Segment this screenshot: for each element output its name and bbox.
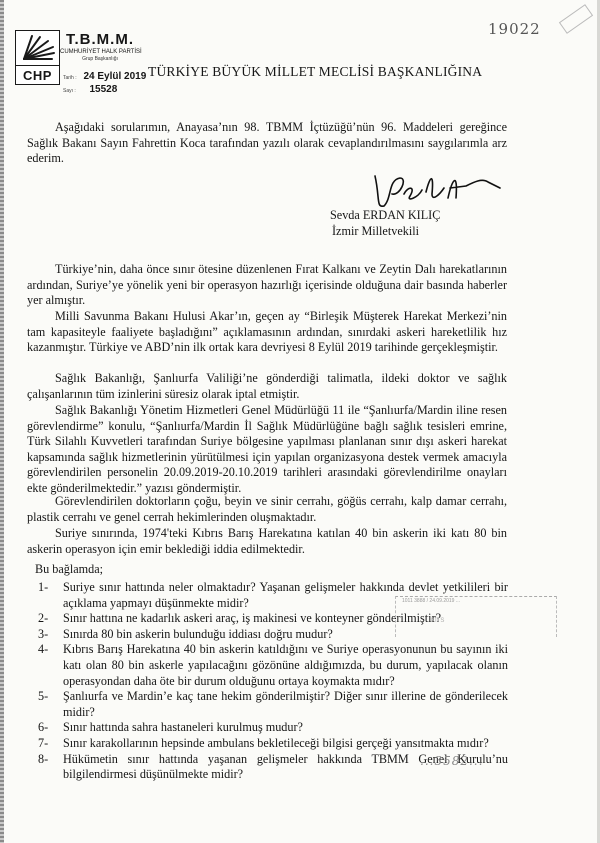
handwritten-note: ...3582... (420, 754, 483, 768)
body-paragraph-text: Türkiye’nin, daha önce sınır ötesine düz… (27, 262, 507, 307)
body-paragraph-text: Görevlendirilen doktorların çoğu, beyin … (27, 494, 507, 524)
body-paragraph: Milli Savunma Bakanı Hulusi Akar’ın, geç… (27, 309, 507, 356)
party-name: CUMHURİYET HALK PARTİSİ (60, 48, 140, 56)
six-arrows-icon (16, 31, 59, 66)
body-paragraph-text: Milli Savunma Bakanı Hulusi Akar’ın, geç… (27, 309, 507, 354)
question-number: 1- (38, 580, 63, 611)
body-paragraph-text: Suriye sınırında, 1974'teki Kıbrıs Barış… (27, 526, 507, 556)
signer-name: Sevda ERDAN KILIÇ (330, 208, 440, 224)
body-paragraph: Görevlendirilen doktorların çoğu, beyin … (27, 494, 507, 525)
number-value: 15528 (89, 84, 117, 95)
question-text: Sınır karakollarının hepsinde ambulans b… (63, 736, 508, 752)
question-text: Kıbrıs Barış Harekatına 40 bin askerin k… (63, 642, 508, 689)
intro-paragraph: Aşağıdaki sorularımın, Anayasa’nın 98. T… (27, 120, 507, 167)
question-item: 5-Şanlıurfa ve Mardin’e kaç tane hekim g… (38, 689, 508, 720)
org-short: T.B.M.M. (60, 31, 140, 48)
document-title: TÜRKİYE BÜYÜK MİLLET MECLİSİ BAŞKANLIĞIN… (148, 64, 482, 80)
body-paragraph: Suriye sınırında, 1974'teki Kıbrıs Barış… (27, 526, 507, 557)
question-number: 7- (38, 736, 63, 752)
question-item: 6-Sınır hattında sahra hastaneleri kurul… (38, 720, 508, 736)
number-label: Sayı : (63, 88, 79, 94)
context-line: Bu bağlamda; (35, 562, 103, 577)
question-number: 6- (38, 720, 63, 736)
question-number: 5- (38, 689, 63, 720)
logo-text: CHP (16, 68, 59, 83)
document-number: 19022 (488, 20, 541, 38)
question-number: 3- (38, 627, 63, 643)
stamp-line-2: KİTS (431, 618, 444, 624)
stamp-line-1: 1011 3888 / 24.09.2019 ... (402, 598, 460, 604)
question-number: 2- (38, 611, 63, 627)
body-paragraph-text: Sağlık Bakanlığı Yönetim Hizmetleri Gene… (27, 403, 507, 495)
question-text: Şanlıurfa ve Mardin’e kaç tane hekim gön… (63, 689, 508, 720)
body-paragraph: Türkiye’nin, daha önce sınır ötesine düz… (27, 262, 507, 309)
group-office: Grup Başkanlığı (60, 56, 140, 63)
intro-text: Aşağıdaki sorularımın, Anayasa’nın 98. T… (27, 120, 507, 165)
chp-logo: CHP (15, 30, 60, 85)
body-paragraph-text: Sağlık Bakanlığı, Şanlıurfa Valiliği’ne … (27, 371, 507, 401)
question-text: Sınır hattında sahra hastaneleri kurulmu… (63, 720, 508, 736)
corner-stamp-mark (559, 4, 593, 34)
receipt-stamp: 1011 3888 / 24.09.2019 ... KİTS (395, 596, 557, 637)
question-number: 4- (38, 642, 63, 689)
question-number: 8- (38, 752, 63, 783)
number-row: Sayı : 15528 (63, 79, 117, 97)
question-item: 7-Sınır karakollarının hepsinde ambulans… (38, 736, 508, 752)
body-paragraph: Sağlık Bakanlığı Yönetim Hizmetleri Gene… (27, 403, 507, 497)
signer-block: Sevda ERDAN KILIÇ İzmir Milletvekili (330, 208, 440, 239)
signer-role: İzmir Milletvekili (330, 224, 440, 240)
question-item: 4-Kıbrıs Barış Harekatına 40 bin askerin… (38, 642, 508, 689)
body-paragraph: Sağlık Bakanlığı, Şanlıurfa Valiliği’ne … (27, 371, 507, 402)
letterhead: T.B.M.M. CUMHURİYET HALK PARTİSİ Grup Ba… (60, 31, 140, 63)
scan-edge-left (0, 0, 4, 843)
